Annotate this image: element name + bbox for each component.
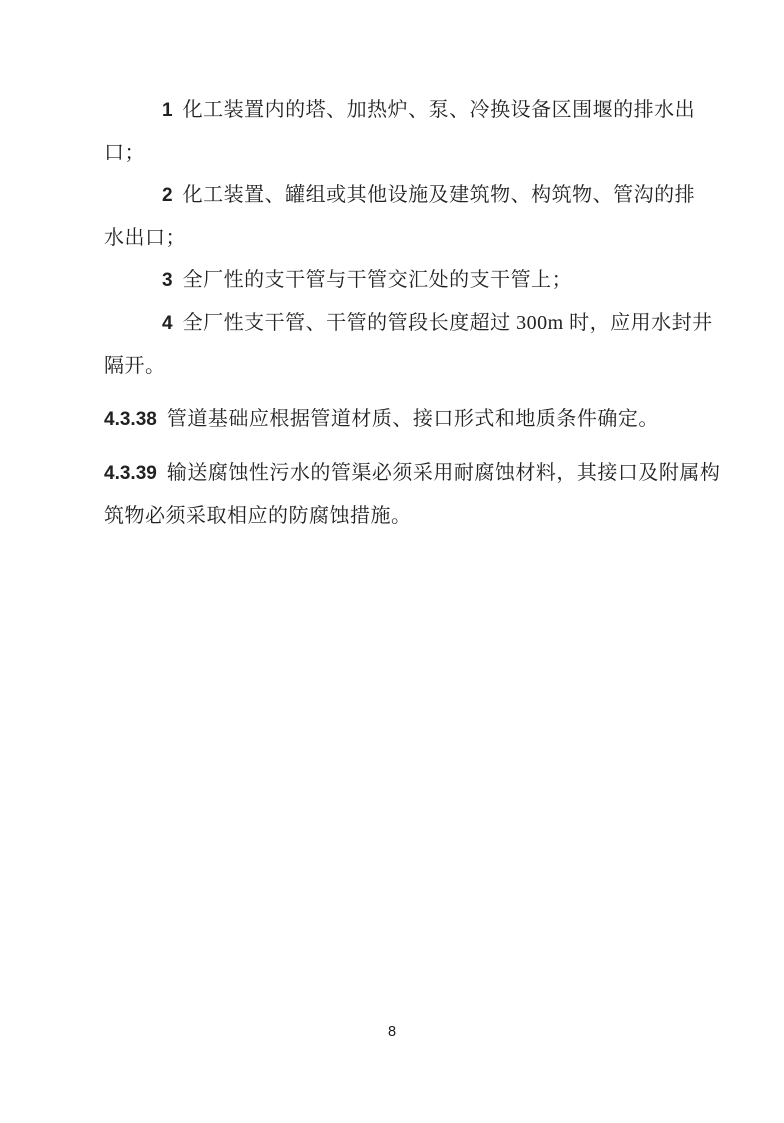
section-text: 输送腐蚀性污水的管渠必须采用耐腐蚀材料，其接口及附属构 [167, 462, 721, 484]
text-line: 4.3.38管道基础应根据管道材质、接口形式和地质条件确定。 [104, 398, 679, 441]
list-item: 4全厂性支干管、干管的管段长度超过 300m 时，应用水封井 隔开。 [104, 302, 679, 387]
section-paragraph: 4.3.38管道基础应根据管道材质、接口形式和地质条件确定。 [104, 398, 679, 441]
text-line: 4全厂性支干管、干管的管段长度超过 300m 时，应用水封井 [104, 302, 679, 345]
item-number: 2 [162, 185, 173, 206]
page-number: 8 [0, 1022, 784, 1042]
text-line: 3全厂性的支干管与干管交汇处的支干管上； [104, 259, 679, 302]
item-text: 全厂性的支干管与干管交汇处的支干管上； [183, 269, 573, 291]
list-item: 1化工装置内的塔、加热炉、泵、冷换设备区围堰的排水出 口； [104, 89, 679, 174]
text-line: 隔开。 [104, 345, 679, 387]
text-line: 水出口； [104, 217, 679, 259]
item-text: 化工装置、罐组或其他设施及建筑物、构筑物、管沟的排 [183, 184, 696, 206]
list-item: 2化工装置、罐组或其他设施及建筑物、构筑物、管沟的排 水出口； [104, 174, 679, 259]
text-line: 口； [104, 132, 679, 174]
document-page: 1化工装置内的塔、加热炉、泵、冷换设备区围堰的排水出 口； 2化工装置、罐组或其… [0, 0, 784, 1123]
list-item: 3全厂性的支干管与干管交汇处的支干管上； [104, 259, 679, 302]
item-text: 全厂性支干管、干管的管段长度超过 300m 时，应用水封井 [183, 312, 713, 334]
text-line: 筑物必须采取相应的防腐蚀措施。 [104, 495, 679, 537]
text-line: 4.3.39输送腐蚀性污水的管渠必须采用耐腐蚀材料，其接口及附属构 [104, 452, 679, 495]
item-number: 3 [162, 270, 173, 291]
section-number: 4.3.39 [104, 463, 157, 484]
document-body: 1化工装置内的塔、加热炉、泵、冷换设备区围堰的排水出 口； 2化工装置、罐组或其… [104, 89, 679, 537]
section-paragraph: 4.3.39输送腐蚀性污水的管渠必须采用耐腐蚀材料，其接口及附属构 筑物必须采取… [104, 452, 679, 537]
item-number: 4 [162, 313, 173, 334]
section-number: 4.3.38 [104, 409, 157, 430]
section-text: 管道基础应根据管道材质、接口形式和地质条件确定。 [167, 408, 659, 430]
item-number: 1 [162, 100, 173, 121]
text-line: 2化工装置、罐组或其他设施及建筑物、构筑物、管沟的排 [104, 174, 679, 217]
item-text: 化工装置内的塔、加热炉、泵、冷换设备区围堰的排水出 [183, 99, 696, 121]
text-line: 1化工装置内的塔、加热炉、泵、冷换设备区围堰的排水出 [104, 89, 679, 132]
